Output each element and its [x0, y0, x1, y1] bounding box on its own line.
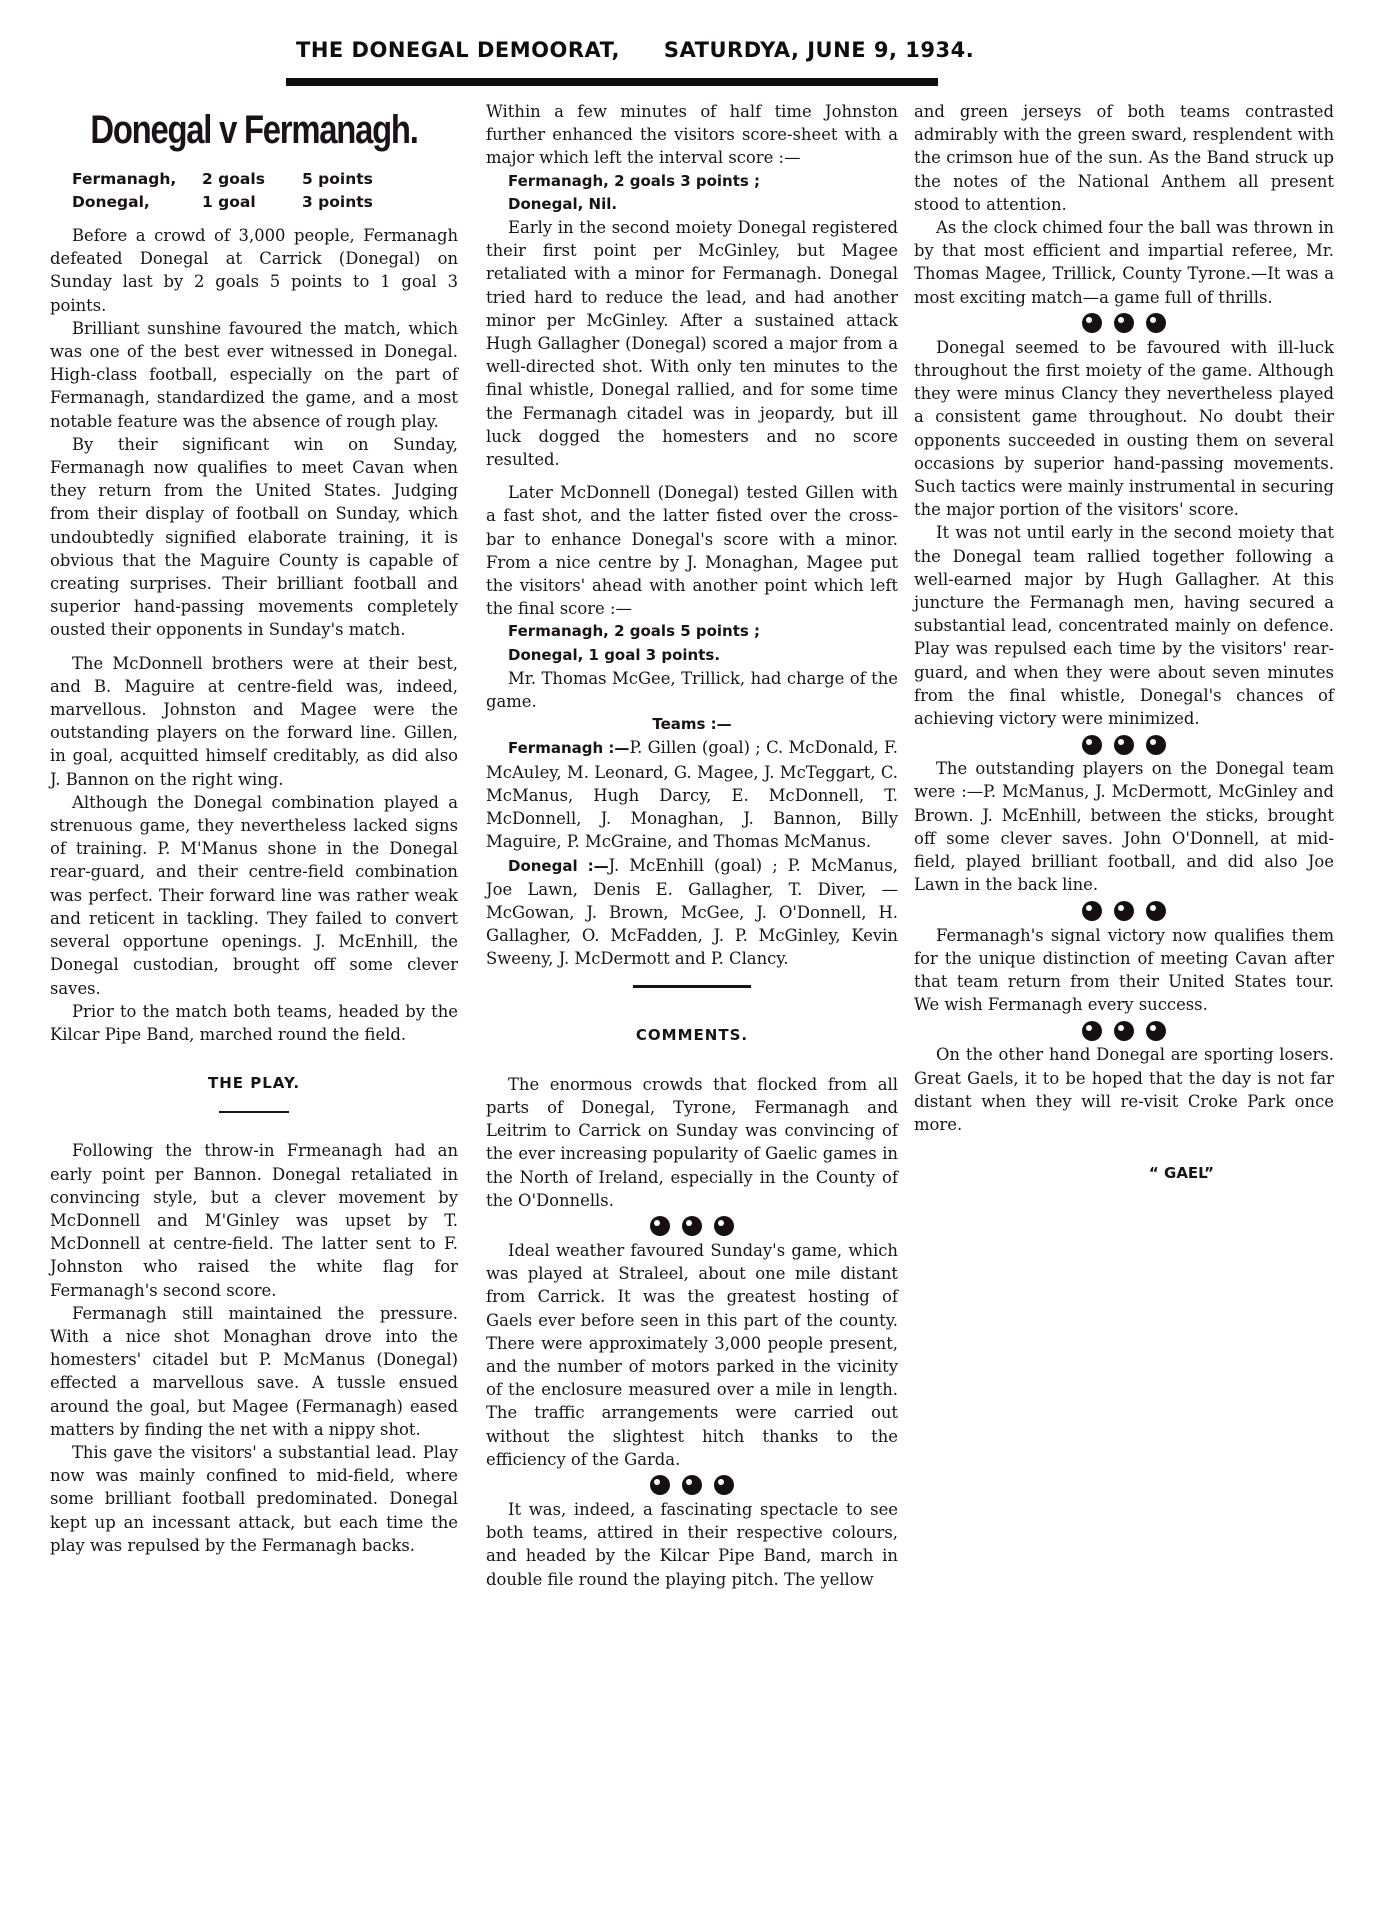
result-line-fermanagh: Fermanagh, 2 goals 5 points [50, 168, 458, 191]
paragraph: Brilliant sunshine favoured the match, w… [50, 317, 458, 433]
section-heading-the-play: THE PLAY. [50, 1072, 458, 1095]
ornament-divider [914, 732, 1334, 756]
dot-icon [1146, 901, 1166, 921]
result-line-donegal: Donegal, 1 goal 3 points [50, 191, 458, 214]
dot-icon [1114, 901, 1134, 921]
paragraph-continued: and green jerseys of both teams contrast… [914, 100, 1334, 216]
newspaper-name: THE DONEGAL DEMOORAT, [296, 38, 620, 62]
paragraph: Ideal weather favoured Sunday's game, wh… [486, 1239, 898, 1471]
final-score-fermanagh: Fermanagh, 2 goals 5 points ; [486, 620, 898, 643]
paragraph: By their significant win on Sunday, Ferm… [50, 433, 458, 642]
paragraph: Early in the second moiety Donegal regis… [486, 216, 898, 471]
dot-icon [1082, 901, 1102, 921]
paragraph: This gave the visitors' a substantial le… [50, 1441, 458, 1557]
masthead-rule [286, 78, 938, 86]
paragraph: Following the throw-in Frmeanagh had an … [50, 1139, 458, 1301]
paragraph: It was, indeed, a fascinating spectacle … [486, 1498, 898, 1591]
teams-heading: Teams :— [486, 713, 898, 736]
paragraph: On the other hand Donegal are sporting l… [914, 1043, 1334, 1136]
paragraph: The McDonnell brothers were at their bes… [50, 652, 458, 791]
author-signoff: “ GAEL” [914, 1162, 1334, 1185]
dot-icon [682, 1216, 702, 1236]
dot-icon [1114, 1021, 1134, 1041]
dot-icon [650, 1216, 670, 1236]
dot-icon [714, 1216, 734, 1236]
paragraph: As the clock chimed four the ball was th… [914, 216, 1334, 309]
paragraph: Donegal seemed to be favoured with ill-l… [914, 336, 1334, 522]
dot-icon [1082, 735, 1102, 755]
dot-icon [682, 1475, 702, 1495]
team-lineup-donegal: Donegal :—J. McEnhill (goal) ; P. McManu… [486, 854, 898, 971]
dot-icon [1146, 735, 1166, 755]
dot-icon [1114, 735, 1134, 755]
referee-note: Mr. Thomas McGee, Trillick, had charge o… [486, 667, 898, 713]
ornament-divider [486, 1473, 898, 1497]
paragraph: Within a few minutes of half time Johnst… [486, 100, 898, 170]
paragraph: Fermanagh still maintained the pressure.… [50, 1302, 458, 1441]
ornament-divider [914, 899, 1334, 923]
paragraph: Before a crowd of 3,000 people, Fermanag… [50, 224, 458, 317]
column-3: and green jerseys of both teams contrast… [914, 100, 1334, 1185]
dot-icon [1082, 313, 1102, 333]
paragraph: It was not until early in the second moi… [914, 521, 1334, 730]
section-heading-comments: COMMENTS. [486, 1024, 898, 1047]
paragraph: Later McDonnell (Donegal) tested Gillen … [486, 481, 898, 620]
section-divider [633, 985, 751, 988]
issue-date: SATURDYA, JUNE 9, 1934. [664, 38, 974, 62]
dot-icon [714, 1475, 734, 1495]
paragraph: Although the Donegal combination played … [50, 791, 458, 1000]
paragraph: Fermanagh's signal victory now qualifies… [914, 924, 1334, 1017]
section-divider [219, 1111, 289, 1113]
column-1: Donegal v Fermanagh. Fermanagh, 2 goals … [50, 100, 458, 1557]
paragraph: The enormous crowds that flocked from al… [486, 1073, 898, 1212]
ornament-divider [914, 1018, 1334, 1042]
dot-icon [650, 1475, 670, 1495]
final-score-donegal: Donegal, 1 goal 3 points. [486, 644, 898, 667]
dot-icon [1114, 313, 1134, 333]
halftime-score-fermanagh: Fermanagh, 2 goals 3 points ; [486, 170, 898, 193]
halftime-score-donegal: Donegal, Nil. [486, 193, 898, 216]
team-lineup-fermanagh: Fermanagh :—P. Gillen (goal) ; C. McDona… [486, 736, 898, 853]
paragraph: The outstanding players on the Donegal t… [914, 757, 1334, 896]
dot-icon [1146, 313, 1166, 333]
column-2: Within a few minutes of half time Johnst… [486, 100, 898, 1591]
ornament-divider [914, 311, 1334, 335]
masthead: THE DONEGAL DEMOORAT,SATURDYA, JUNE 9, 1… [296, 38, 936, 62]
ornament-divider [486, 1214, 898, 1238]
article-title: Donegal v Fermanagh. [87, 106, 422, 154]
dot-icon [1146, 1021, 1166, 1041]
paragraph: Prior to the match both teams, headed by… [50, 1000, 458, 1046]
dot-icon [1082, 1021, 1102, 1041]
